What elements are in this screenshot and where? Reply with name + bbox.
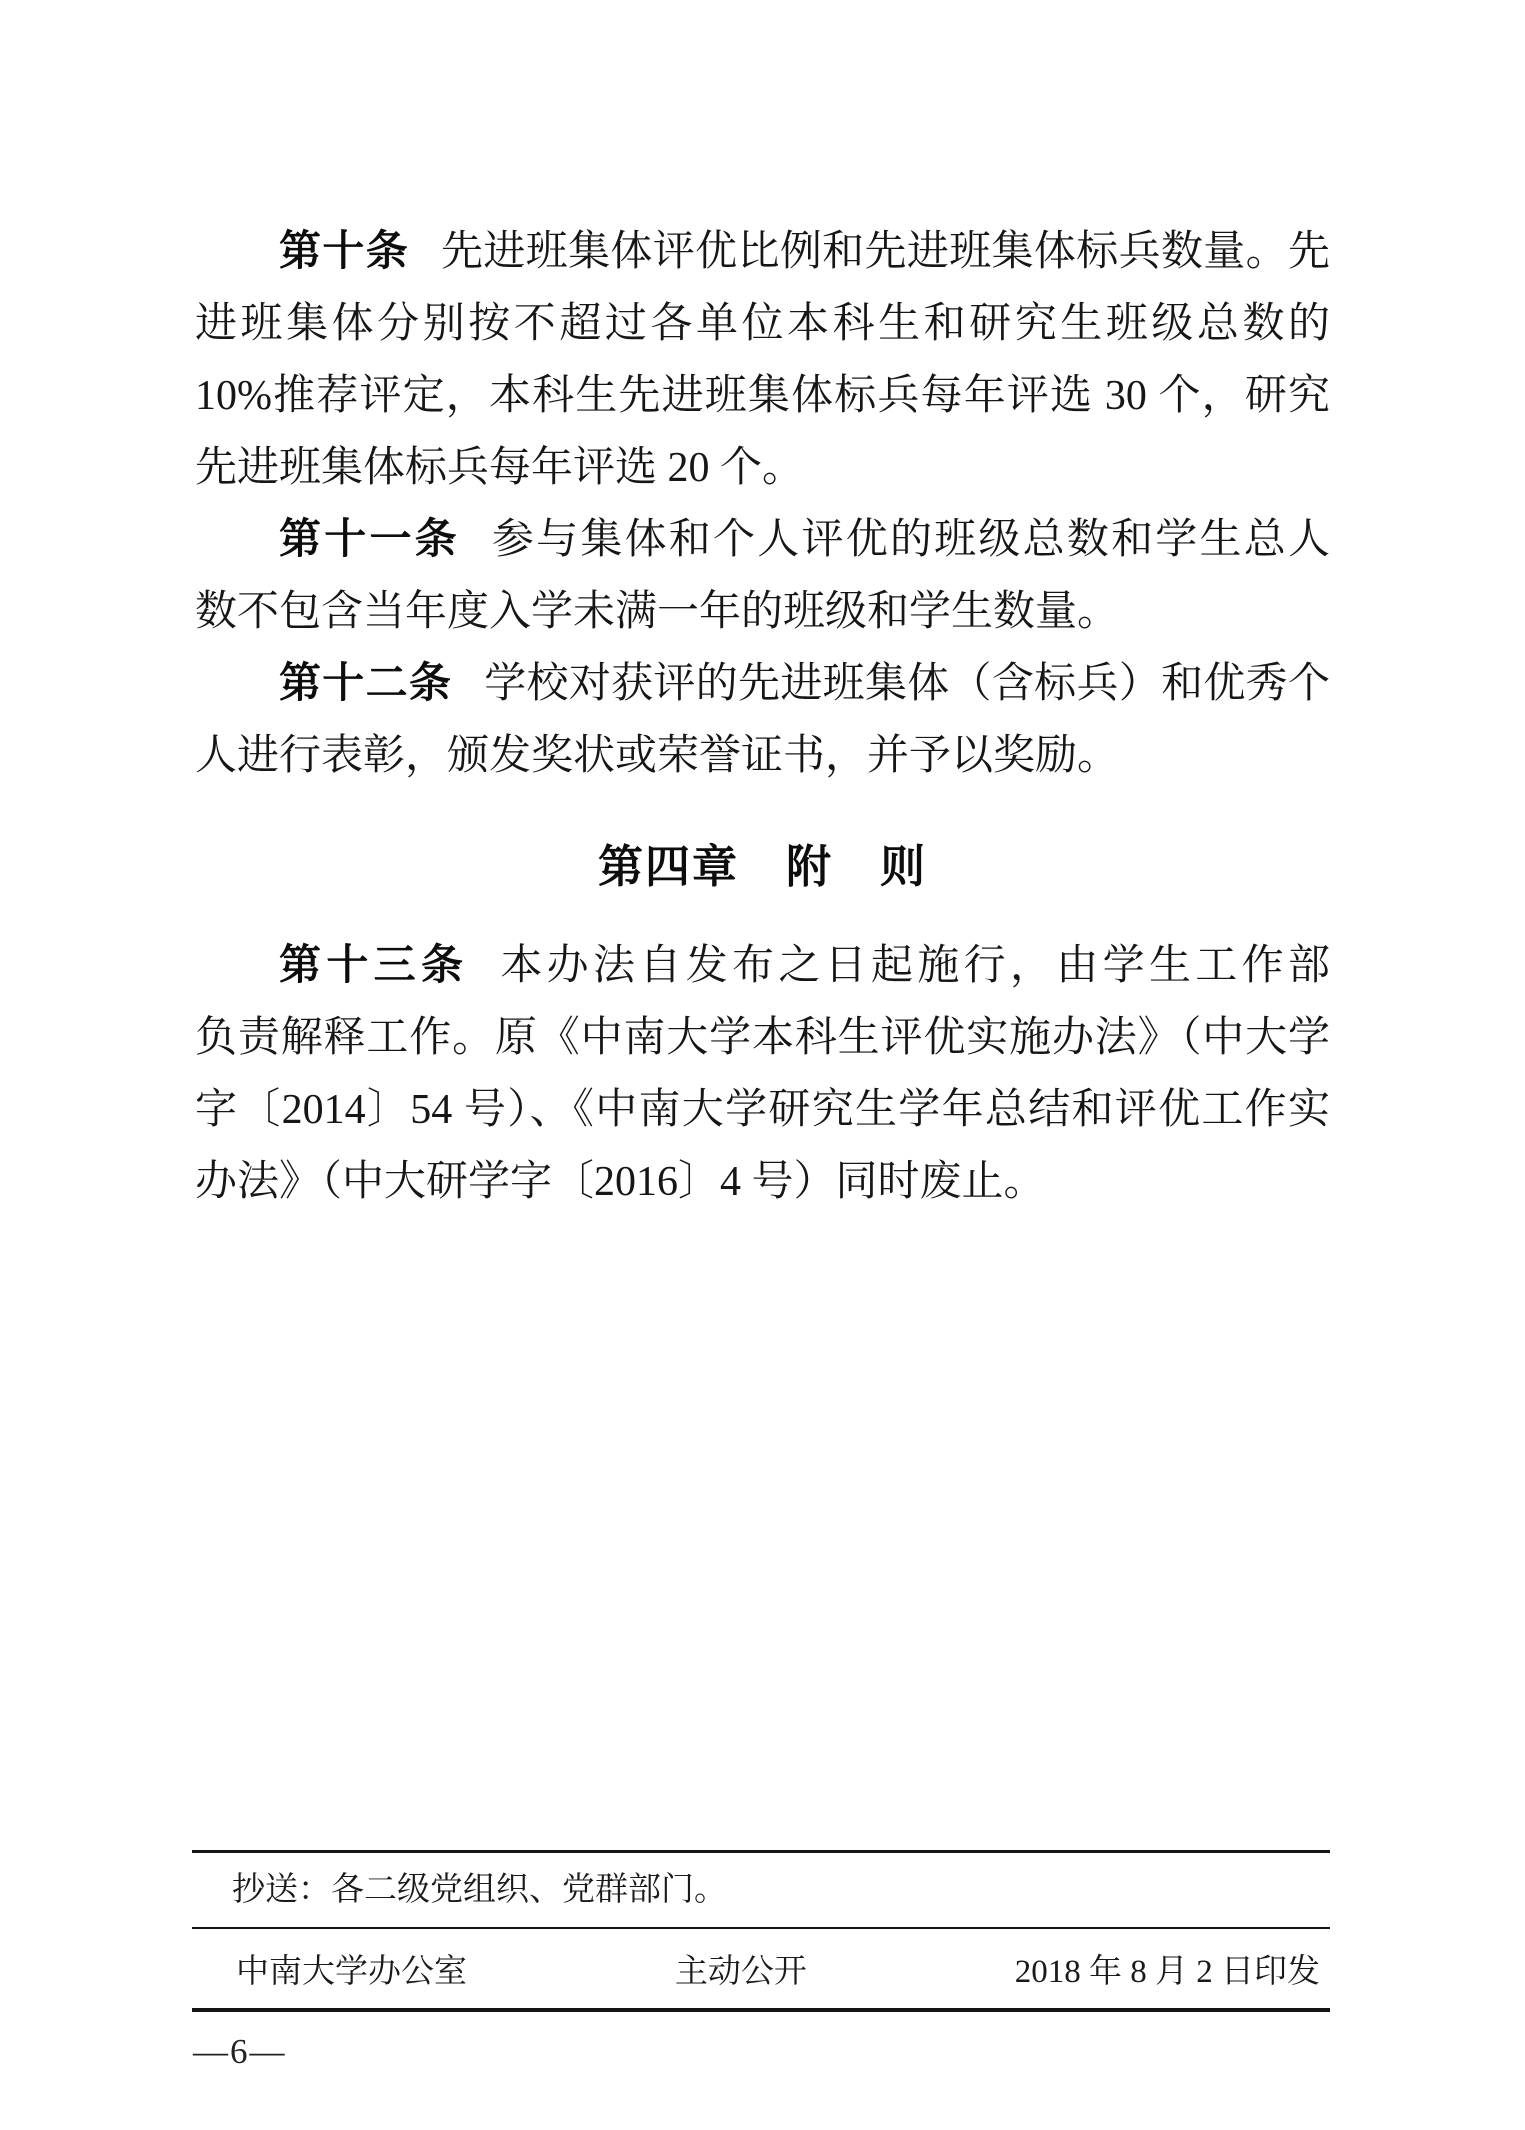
document-page: 第十条先进班集体评优比例和先进班集体标兵数量。先 进班集体分别按不超过各单位本科… <box>0 0 1525 2130</box>
copy-to-line: 抄送：各二级党组织、党群部门。 <box>192 1853 1330 1927</box>
article-12-text-1: 学校对获评的先进班集体（含标兵）和优秀个 <box>484 661 1330 707</box>
article-11-term: 第十一条 <box>279 517 460 563</box>
article-12-term: 第十二条 <box>279 661 452 707</box>
article-11-line-1: 第十一条参与集体和个人评优的班级总数和学生总人 <box>195 504 1330 576</box>
footer-bottom-rule <box>192 2008 1330 2012</box>
article-10-line-2: 进班集体分别按不超过各单位本科生和研究生班级总数的 <box>195 288 1330 360</box>
article-13-line-1: 第十三条本办法自发布之日起施行，由学生工作部（处） <box>195 930 1330 1002</box>
article-13-term: 第十三条 <box>279 943 468 989</box>
article-11-line-2: 数不包含当年度入学未满一年的班级和学生数量。 <box>195 576 1330 648</box>
article-10-term: 第十条 <box>279 229 409 275</box>
article-12-line-1: 第十二条学校对获评的先进班集体（含标兵）和优秀个 <box>195 648 1330 720</box>
article-10-text-1: 先进班集体评优比例和先进班集体标兵数量。先 <box>441 229 1330 275</box>
chapter-heading: 第四章 附 则 <box>195 831 1330 903</box>
article-13-line-4: 办法》（中大研学字〔2016〕4 号）同时废止。 <box>195 1146 1330 1218</box>
article-10-line-3: 10%推荐评定，本科生先进班集体标兵每年评选 30 个，研究生 <box>195 360 1330 432</box>
article-12-line-2: 人进行表彰，颁发奖状或荣誉证书，并予以奖励。 <box>195 720 1330 792</box>
print-date: 2018 年 8 月 2 日印发 <box>1015 1945 1320 1992</box>
article-13-line-2: 负责解释工作。原《中南大学本科生评优实施办法》（中大学 <box>195 1002 1330 1074</box>
document-body: 第十条先进班集体评优比例和先进班集体标兵数量。先 进班集体分别按不超过各单位本科… <box>195 216 1330 1218</box>
disclosure-type: 主动公开 <box>675 1945 807 1992</box>
article-11-text-1: 参与集体和个人评优的班级总数和学生总人 <box>492 517 1330 563</box>
issue-row: 中南大学办公室 主动公开 2018 年 8 月 2 日印发 <box>192 1929 1330 2008</box>
page-number: —6— <box>193 2032 287 2072</box>
issuing-office: 中南大学办公室 <box>236 1945 467 1992</box>
article-10-line-4: 先进班集体标兵每年评选 20 个。 <box>195 432 1330 504</box>
article-10-line-1: 第十条先进班集体评优比例和先进班集体标兵数量。先 <box>195 216 1330 288</box>
article-13-line-3: 字〔2014〕54 号）、《中南大学研究生学年总结和评优工作实施 <box>195 1074 1330 1146</box>
